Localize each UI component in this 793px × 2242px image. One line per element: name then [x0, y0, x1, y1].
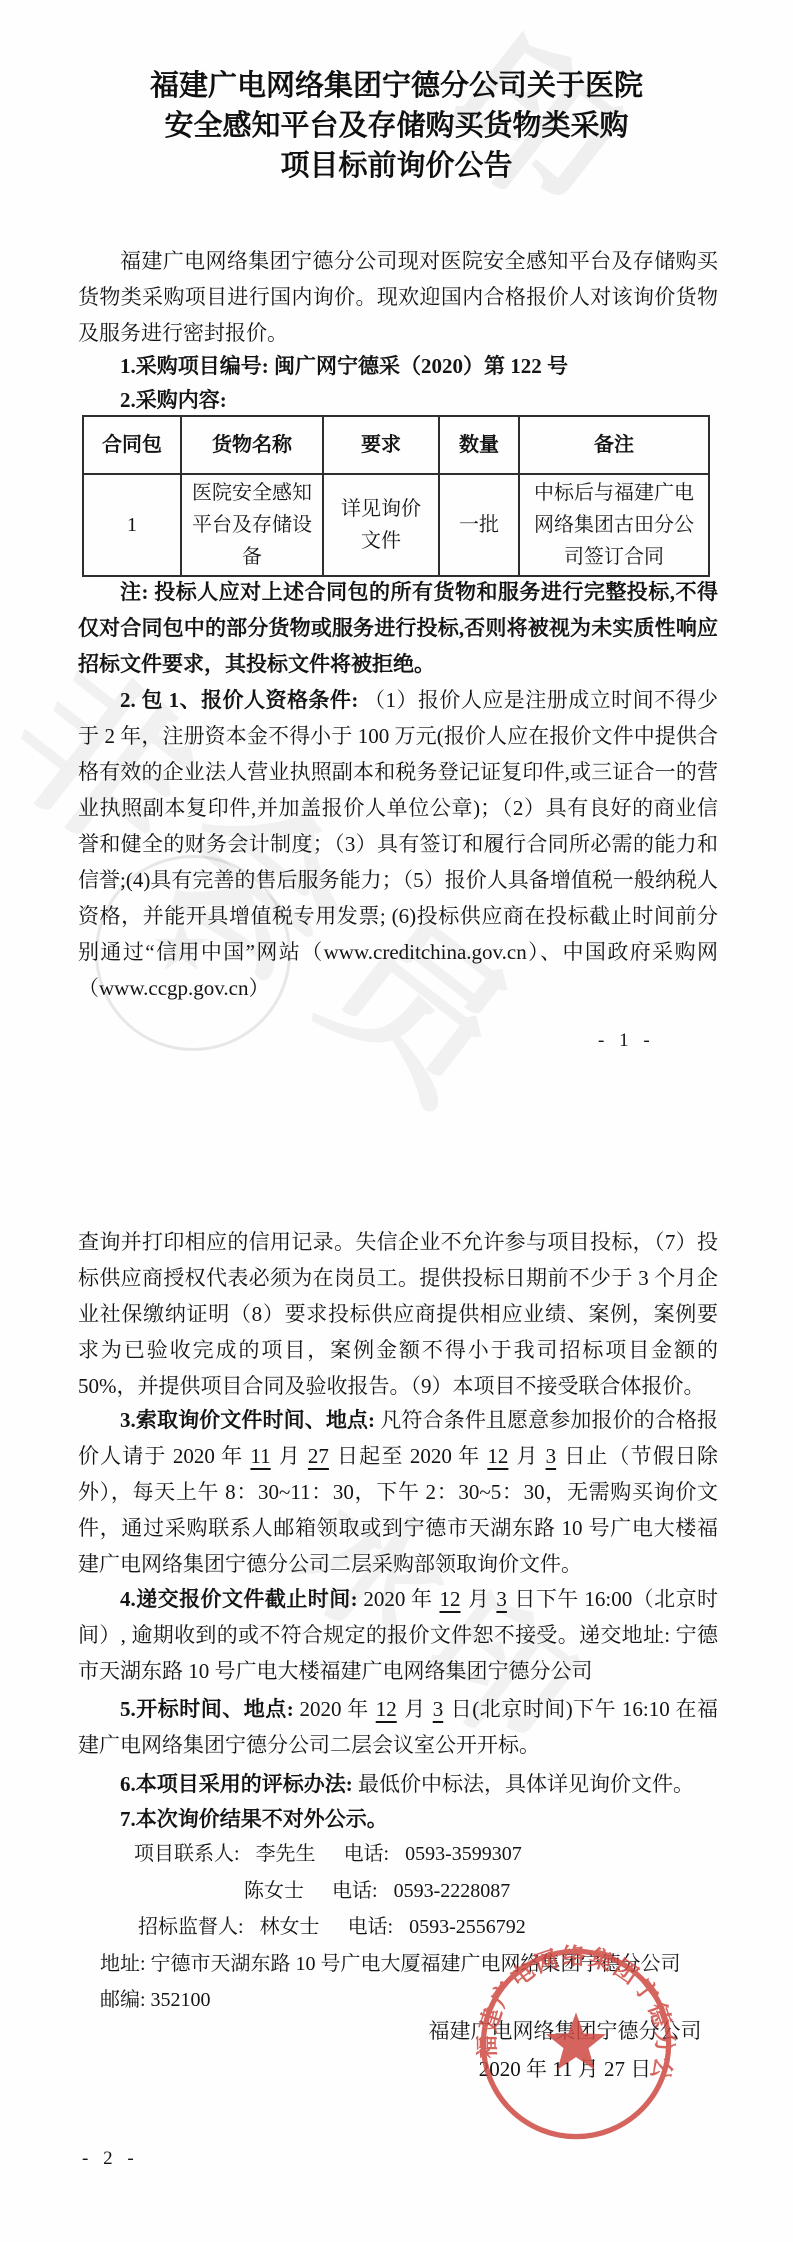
- contact-name: 林女士: [260, 1916, 320, 1938]
- table-header-row: 合同包 货物名称 要求 数量 备注: [83, 416, 709, 474]
- cell-package: 1: [83, 474, 181, 576]
- contact-row-1: 项目联系人:李先生电话:0593-3599307: [78, 1836, 728, 1873]
- month-char: 月: [278, 1444, 301, 1468]
- title-line-3: 项目标前询价公告: [0, 146, 793, 186]
- seal-star-icon: [546, 2012, 606, 2069]
- cell-remark: 中标后与福建广电网络集团古田分公司签订合同: [519, 474, 709, 576]
- end-day-value: 3: [539, 1444, 564, 1468]
- col-header-goods: 货物名称: [181, 416, 323, 474]
- section-6-paragraph: 6.本项目采用的评标办法: 最低价中标法，具体详见询价文件。: [78, 1766, 718, 1802]
- intro-paragraph: 福建广电网络集团宁德分公司现对医院安全感知平台及存储购买货物类采购项目进行国内询…: [78, 243, 718, 351]
- phone-label: 电话:: [344, 1843, 390, 1865]
- table-row: 1 医院安全感知平台及存储设备 详见询价文件 一批 中标后与福建广电网络集团古田…: [83, 474, 709, 576]
- section-5-label: 5.开标时间、地点:: [120, 1697, 299, 1721]
- phone-number: 0593-2228087: [394, 1880, 511, 1902]
- qualification-paragraph: 2. 包 1、报价人资格条件: （1）报价人应是注册成立时间不得少于 2 年，注…: [78, 682, 718, 1006]
- qualification-text: （1）报价人应是注册成立时间不得少于 2 年，注册资本金不得小于 100 万元(…: [78, 688, 718, 1000]
- contact-label: 招标监督人:: [138, 1916, 244, 1938]
- open-month-value: 12: [369, 1697, 404, 1721]
- section-4-label: 4.递交报价文件截止时间:: [120, 1587, 363, 1611]
- open-day-value: 3: [426, 1697, 451, 1721]
- section-3-mid: 日起至 2020 年: [336, 1444, 480, 1468]
- section-5-paragraph: 5.开标时间、地点: 2020 年12月3日(北京时间)下午 16:10 在福建…: [78, 1691, 718, 1763]
- phone-label: 电话:: [332, 1880, 378, 1902]
- month-char-4: 月: [404, 1697, 426, 1721]
- section-4-paragraph: 4.递交报价文件截止时间: 2020 年12月3日下午 16:00（北京时间）,…: [78, 1581, 718, 1689]
- col-header-package: 合同包: [83, 416, 181, 474]
- procurement-content-heading: 2.采购内容:: [78, 382, 718, 418]
- contact-row-3: 招标监督人:林女士电话:0593-2556792: [78, 1909, 728, 1946]
- cell-goods: 医院安全感知平台及存储设备: [181, 474, 323, 576]
- start-day-value: 27: [301, 1444, 336, 1468]
- col-header-remark: 备注: [519, 416, 709, 474]
- note-paragraph: 注: 投标人应对上述合同包的所有货物和服务进行完整投标,不得仅对合同包中的部分货…: [78, 574, 718, 682]
- section-5-pre: 2020 年: [299, 1697, 368, 1721]
- section-6-label: 6.本项目采用的评标办法:: [120, 1772, 358, 1796]
- deadline-day-value: 3: [489, 1587, 514, 1611]
- continuation-paragraph: 查询并打印相应的信用记录。失信企业不允许参与项目投标，（7）投标供应商授权代表必…: [78, 1224, 718, 1404]
- phone-number: 0593-3599307: [405, 1843, 522, 1865]
- start-month-value: 11: [243, 1444, 277, 1468]
- month-char-2: 月: [515, 1444, 538, 1468]
- contact-row-2: 陈女士电话:0593-2228087: [78, 1873, 728, 1910]
- section-3-label: 3.索取询价文件时间、地点:: [120, 1408, 380, 1432]
- cell-quantity: 一批: [439, 474, 519, 576]
- page-number-2: - 2 -: [82, 2148, 139, 2170]
- document-page: 印 非会员 水印 ★ 福建广电网络集团宁德分公司关于医院 安全感知平台及存储购买…: [0, 0, 793, 2242]
- contact-name: 李先生: [256, 1843, 316, 1865]
- title-line-1: 福建广电网络集团宁德分公司关于医院: [0, 66, 793, 106]
- contact-label: 项目联系人:: [134, 1843, 240, 1865]
- project-number-line: 1.采购项目编号: 闽广网宁德采（2020）第 122 号: [78, 348, 718, 384]
- company-seal-stamp: 福建广电网络集团宁德分公司: [476, 1944, 676, 2144]
- title-line-2: 安全感知平台及存储购买货物类采购: [0, 106, 793, 146]
- phone-number: 0593-2556792: [409, 1916, 526, 1938]
- page-title: 福建广电网络集团宁德分公司关于医院 安全感知平台及存储购买货物类采购 项目标前询…: [0, 66, 793, 186]
- phone-label: 电话:: [348, 1916, 394, 1938]
- col-header-require: 要求: [323, 416, 439, 474]
- col-header-quantity: 数量: [439, 416, 519, 474]
- qualification-label: 2. 包 1、报价人资格条件:: [120, 688, 364, 712]
- deadline-month-value: 12: [433, 1587, 468, 1611]
- month-char-3: 月: [468, 1587, 490, 1611]
- cell-require: 详见询价文件: [323, 474, 439, 576]
- procurement-table: 合同包 货物名称 要求 数量 备注 1 医院安全感知平台及存储设备 详见询价文件…: [82, 415, 710, 577]
- section-6-text: 最低价中标法，具体详见询价文件。: [358, 1772, 694, 1796]
- section-7-paragraph: 7.本次询价结果不对外公示。: [78, 1801, 718, 1837]
- contact-name: 陈女士: [244, 1880, 304, 1902]
- page-number-1: - 1 -: [598, 1030, 655, 1052]
- section-3-paragraph: 3.索取询价文件时间、地点: 凡符合条件且愿意参加报价的合格报价人请于 2020…: [78, 1402, 718, 1582]
- section-4-pre: 2020 年: [363, 1587, 432, 1611]
- end-month-value: 12: [480, 1444, 515, 1468]
